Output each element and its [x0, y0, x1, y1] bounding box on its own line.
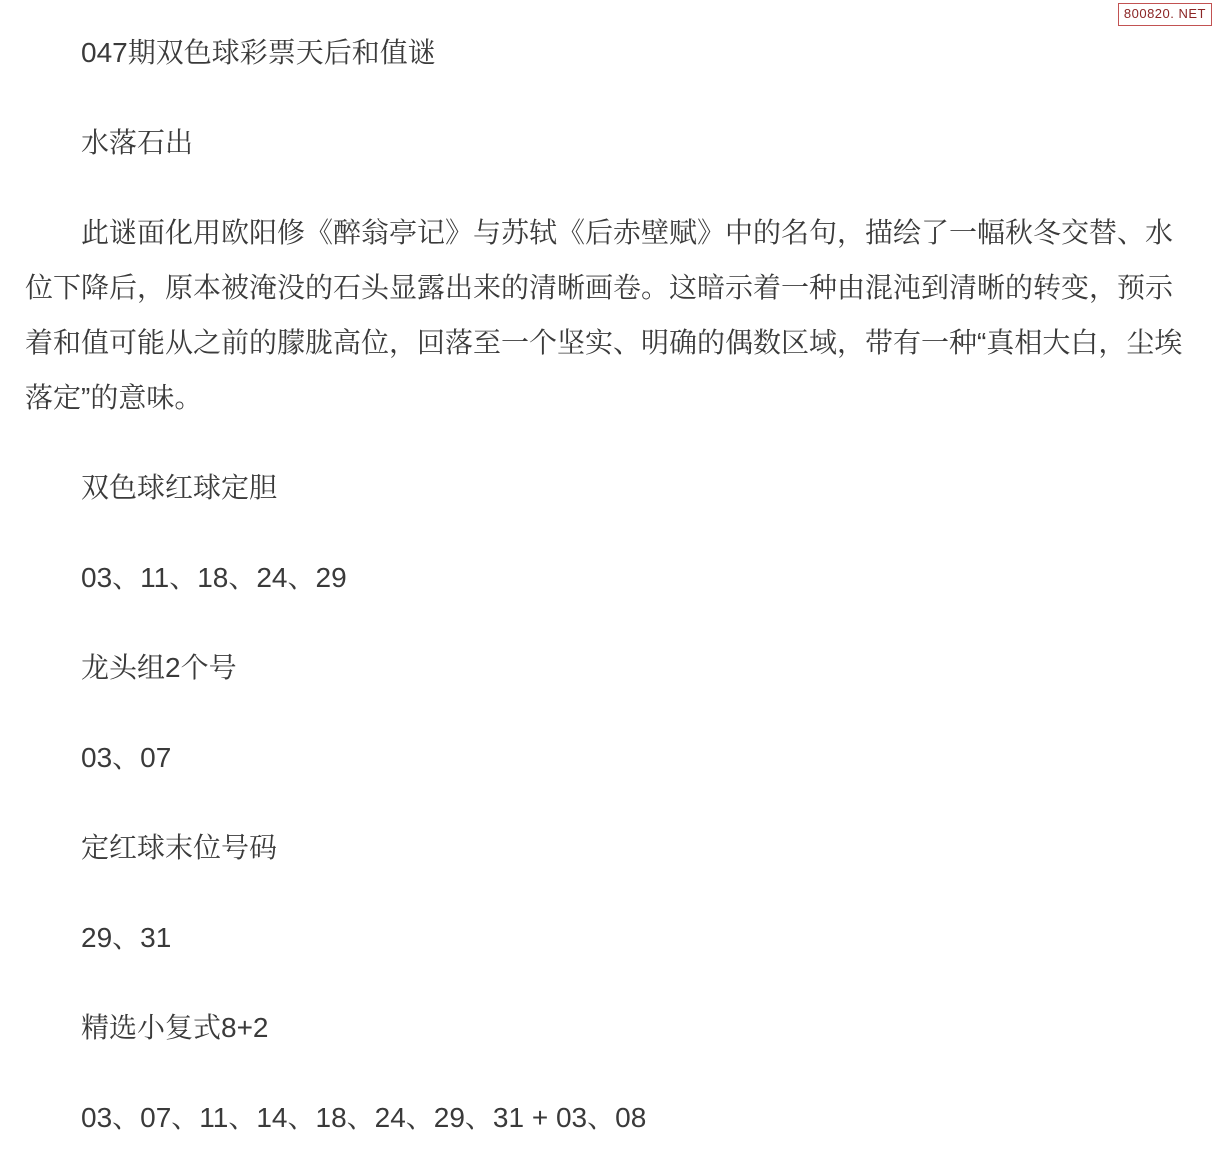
- tail-numbers: 29、31: [25, 910, 1190, 965]
- section-heading-tail-numbers: 定红球末位号码: [25, 820, 1190, 875]
- article-body: 047期双色球彩票天后和值谜 水落石出 此谜面化用欧阳修《醉翁亭记》与苏轼《后赤…: [0, 0, 1214, 1145]
- dragon-head-numbers: 03、07: [25, 730, 1190, 785]
- site-watermark-badge: 800820. NET: [1118, 3, 1212, 26]
- section-heading-compound-selection: 精选小复式8+2: [25, 1000, 1190, 1055]
- compound-selection-numbers: 03、07、11、14、18、24、29、31 + 03、08: [25, 1090, 1190, 1145]
- section-heading-red-ball-dan: 双色球红球定胆: [25, 460, 1190, 515]
- section-heading-dragon-head: 龙头组2个号: [25, 640, 1190, 695]
- riddle-phrase: 水落石出: [25, 115, 1190, 170]
- article-title: 047期双色球彩票天后和值谜: [25, 25, 1190, 80]
- red-ball-dan-numbers: 03、11、18、24、29: [25, 550, 1190, 605]
- riddle-explanation-paragraph: 此谜面化用欧阳修《醉翁亭记》与苏轼《后赤壁赋》中的名句，描绘了一幅秋冬交替、水位…: [25, 205, 1190, 425]
